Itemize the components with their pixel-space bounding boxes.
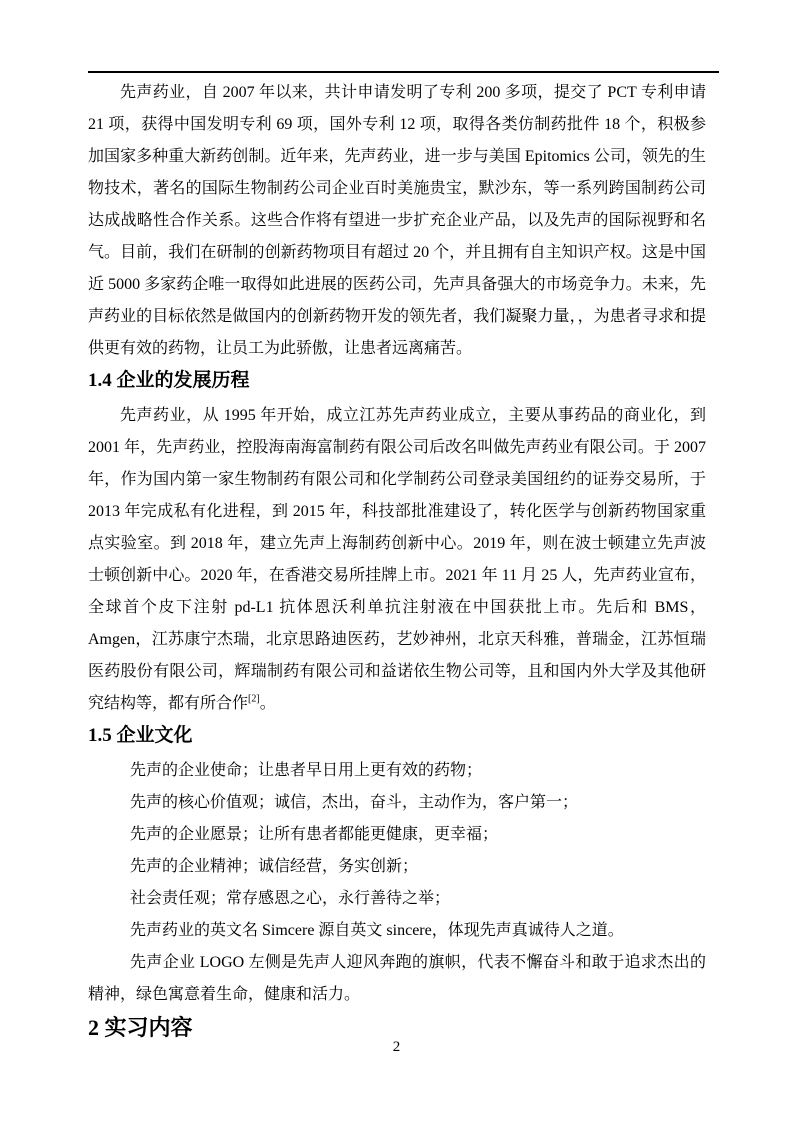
page-content: 先声药业，自 2007 年以来，共计申请发明了专利 200 多项，提交了 PCT… [88, 73, 706, 1043]
heading-company-culture: 1.5 企业文化 [88, 723, 706, 749]
footnote-reference[interactable]: [2] [248, 694, 260, 705]
document-page: 先声药业，自 2007 年以来，共计申请发明了专利 200 多项，提交了 PCT… [0, 0, 793, 1122]
culture-responsibility-line: 社会责任观；常存感恩之心，永行善待之举； [88, 883, 706, 915]
culture-logo-paragraph: 先声企业 LOGO 左侧是先声人迎风奔跑的旗帜，代表不懈奋斗和敢于追求杰出的精神… [88, 947, 706, 1011]
history-paragraph-tail: 。 [260, 695, 276, 712]
intro-paragraph: 先声药业，自 2007 年以来，共计申请发明了专利 200 多项，提交了 PCT… [88, 77, 706, 365]
page-number: 2 [0, 1038, 793, 1056]
culture-vision-line: 先声的企业愿景；让所有患者都能更健康，更幸福； [88, 819, 706, 851]
history-paragraph: 先声药业，从 1995 年开始，成立江苏先声药业成立，主要从事药品的商业化，到 … [88, 400, 706, 720]
culture-mission-line: 先声的企业使命；让患者早日用上更有效的药物； [88, 755, 706, 787]
culture-english-name-line: 先声药业的英文名 Simcere 源自英文 sincere，体现先声真诚待人之道… [88, 915, 706, 947]
culture-spirit-line: 先声的企业精神；诚信经营，务实创新； [88, 851, 706, 883]
culture-values-line: 先声的核心价值观；诚信，杰出，奋斗，主动作为，客户第一； [88, 787, 706, 819]
history-paragraph-text: 先声药业，从 1995 年开始，成立江苏先声药业成立，主要从事药品的商业化，到 … [88, 407, 706, 712]
heading-company-history: 1.4 企业的发展历程 [88, 368, 706, 394]
